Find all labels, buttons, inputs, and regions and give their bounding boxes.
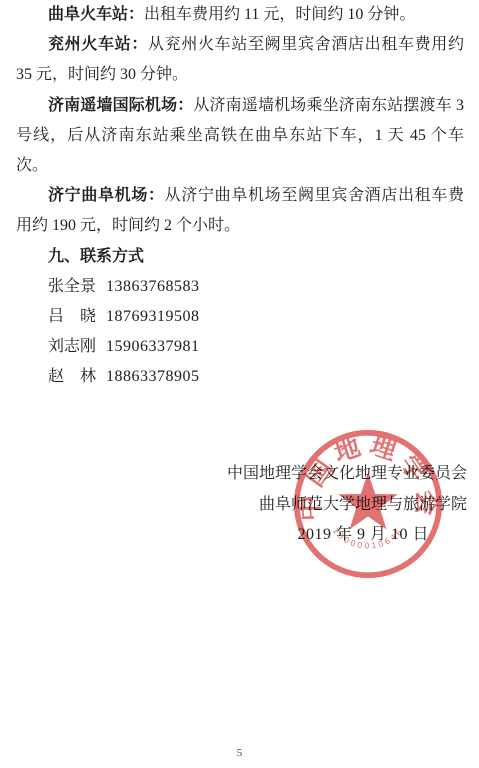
page-number: 5 bbox=[0, 747, 479, 759]
paragraph-label: 济南遥墙国际机场： bbox=[48, 97, 193, 114]
paragraph-jinan-airport: 济南遥墙国际机场：从济南遥墙机场乘坐济南东站摆渡车 3 号线，后从济南东站乘坐高… bbox=[16, 91, 464, 182]
paragraph-yanzhou-station: 兖州火车站：从兖州火车站至阙里宾舍酒店出租车费用约 35 元，时间约 30 分钟… bbox=[16, 30, 464, 90]
contact-phone: 18769319508 bbox=[106, 308, 200, 325]
signature-organization-1: 中国地理学会文化地理专业委员会 bbox=[227, 459, 467, 490]
signature-block: 中国地理学会文化地理专业委员会 曲阜师范大学地理与旅游学院 2019 年 9 月… bbox=[227, 459, 467, 551]
paragraph-label: 兖州火车站： bbox=[48, 36, 148, 53]
contact-name: 张全景 bbox=[48, 278, 96, 295]
contact-row: 赵 林18863378905 bbox=[16, 362, 464, 392]
contact-name: 赵 林 bbox=[48, 368, 96, 385]
contact-phone: 18863378905 bbox=[106, 368, 200, 385]
signature-organization-2: 曲阜师范大学地理与旅游学院 bbox=[227, 490, 467, 521]
contact-row: 张全景13863768583 bbox=[16, 272, 464, 302]
section-heading-contacts: 九、联系方式 bbox=[16, 242, 464, 272]
paragraph-label: 济宁曲阜机场： bbox=[48, 187, 165, 204]
contact-row: 刘志刚15906337981 bbox=[16, 332, 464, 362]
signature-date: 2019 年 9 月 10 日 bbox=[227, 520, 467, 551]
paragraph-text: 出租车费用约 11 元，时间约 10 分钟。 bbox=[144, 6, 415, 23]
contact-name: 刘志刚 bbox=[48, 338, 96, 355]
document-body: 曲阜火车站：出租车费用约 11 元，时间约 10 分钟。 兖州火车站：从兖州火车… bbox=[16, 0, 464, 393]
document-page: 曲阜火车站：出租车费用约 11 元，时间约 10 分钟。 兖州火车站：从兖州火车… bbox=[0, 0, 479, 768]
contact-phone: 15906337981 bbox=[106, 338, 200, 355]
contact-name: 吕 晓 bbox=[48, 308, 96, 325]
contact-row: 吕 晓18769319508 bbox=[16, 302, 464, 332]
paragraph-label: 曲阜火车站： bbox=[48, 6, 144, 23]
paragraph-jining-airport: 济宁曲阜机场：从济宁曲阜机场至阙里宾舍酒店出租车费用约 190 元，时间约 2 … bbox=[16, 181, 464, 241]
contact-phone: 13863768583 bbox=[106, 278, 200, 295]
paragraph-qufu-station: 曲阜火车站：出租车费用约 11 元，时间约 10 分钟。 bbox=[16, 0, 464, 30]
